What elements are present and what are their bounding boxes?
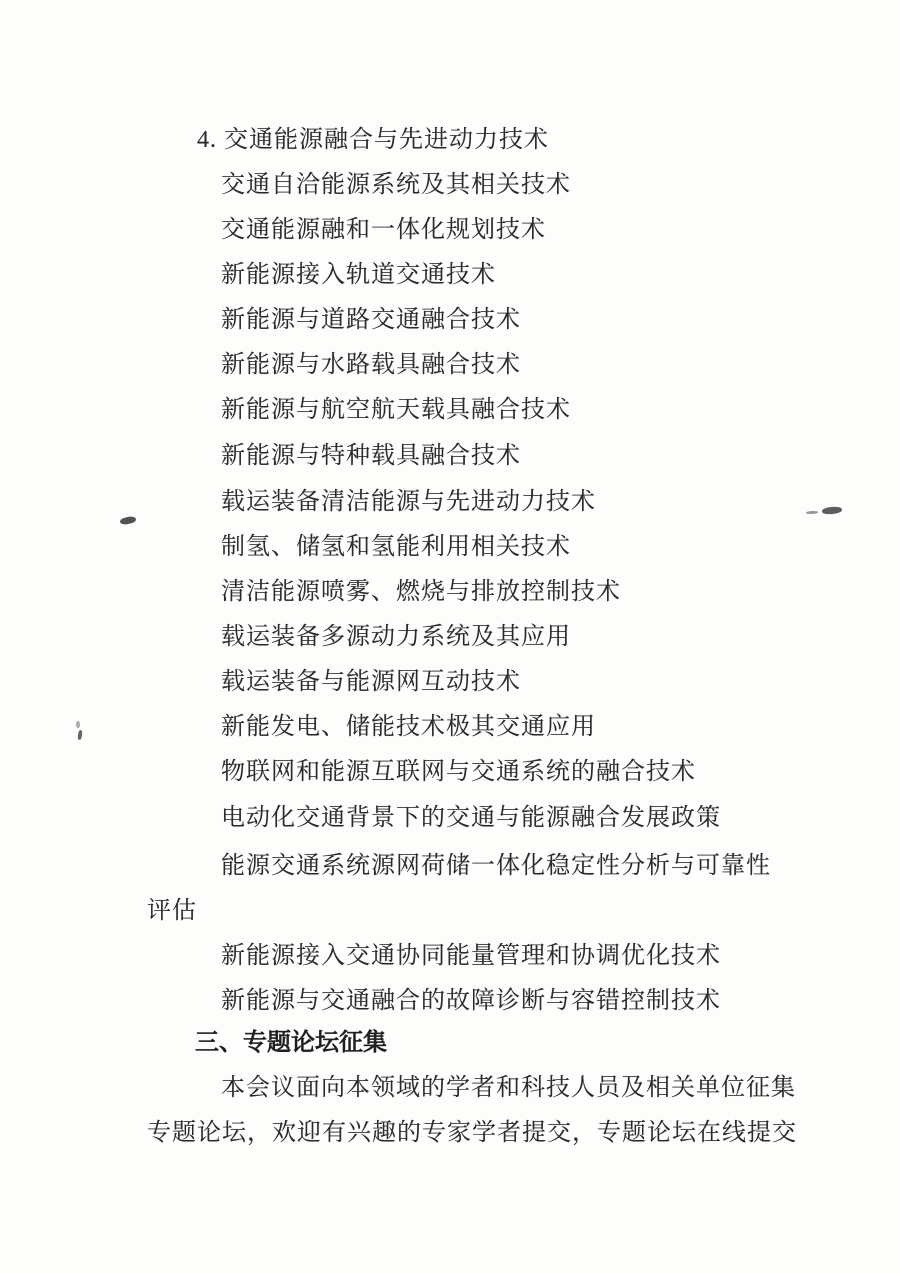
document-line-list-item: 新能源接入轨道交通技术: [221, 262, 496, 289]
document-line-list-item: 电动化交通背景下的交通与能源融合发展政策: [221, 805, 721, 832]
document-line-list-item: 新能源与特种载具融合技术: [221, 443, 521, 470]
document-line-paragraph-line: 本会议面向本领域的学者和科技人员及相关单位征集: [221, 1075, 796, 1102]
ink-smudge-mark: [822, 506, 843, 515]
document-line-list-item: 新能发电、储能技术极其交通应用: [221, 714, 596, 741]
document-line-continuation-line: 评估: [147, 898, 197, 925]
document-line-list-item: 新能源与交通融合的故障诊断与容错控制技术: [221, 988, 721, 1015]
document-line-list-item: 交通能源融和一体化规划技术: [221, 217, 546, 244]
document-line-list-item: 物联网和能源互联网与交通系统的融合技术: [221, 759, 696, 786]
document-line-section-heading: 三、专题论坛征集: [195, 1030, 387, 1057]
document-line-list-item: 新能源与航空航天载具融合技术: [221, 397, 571, 424]
document-line-numbered-heading: 4. 交通能源融合与先进动力技术: [197, 127, 549, 154]
document-line-list-item: 新能源与水路载具融合技术: [221, 352, 521, 379]
document-line-paragraph-line: 专题论坛，欢迎有兴趣的专家学者提交，专题论坛在线提交: [147, 1120, 797, 1147]
document-line-list-item: 交通自洽能源系统及其相关技术: [221, 172, 571, 199]
document-line-list-item: 载运装备多源动力系统及其应用: [221, 624, 571, 651]
document-page: 4. 交通能源融合与先进动力技术交通自洽能源系统及其相关技术交通能源融和一体化规…: [0, 0, 900, 1273]
ink-smudge-mark: [77, 730, 82, 740]
document-line-list-item: 能源交通系统源网荷储一体化稳定性分析与可靠性: [221, 853, 771, 880]
document-line-list-item: 清洁能源喷雾、燃烧与排放控制技术: [221, 579, 621, 606]
ink-smudge-mark: [120, 516, 137, 526]
document-line-list-item: 新能源接入交通协同能量管理和协调优化技术: [221, 943, 721, 970]
document-line-list-item: 载运装备与能源网互动技术: [221, 669, 521, 696]
ink-smudge-mark: [806, 511, 818, 515]
ink-smudge-mark: [76, 721, 80, 728]
document-line-list-item: 载运装备清洁能源与先进动力技术: [221, 489, 596, 516]
document-line-list-item: 制氢、储氢和氢能利用相关技术: [221, 534, 571, 561]
document-line-list-item: 新能源与道路交通融合技术: [221, 307, 521, 334]
